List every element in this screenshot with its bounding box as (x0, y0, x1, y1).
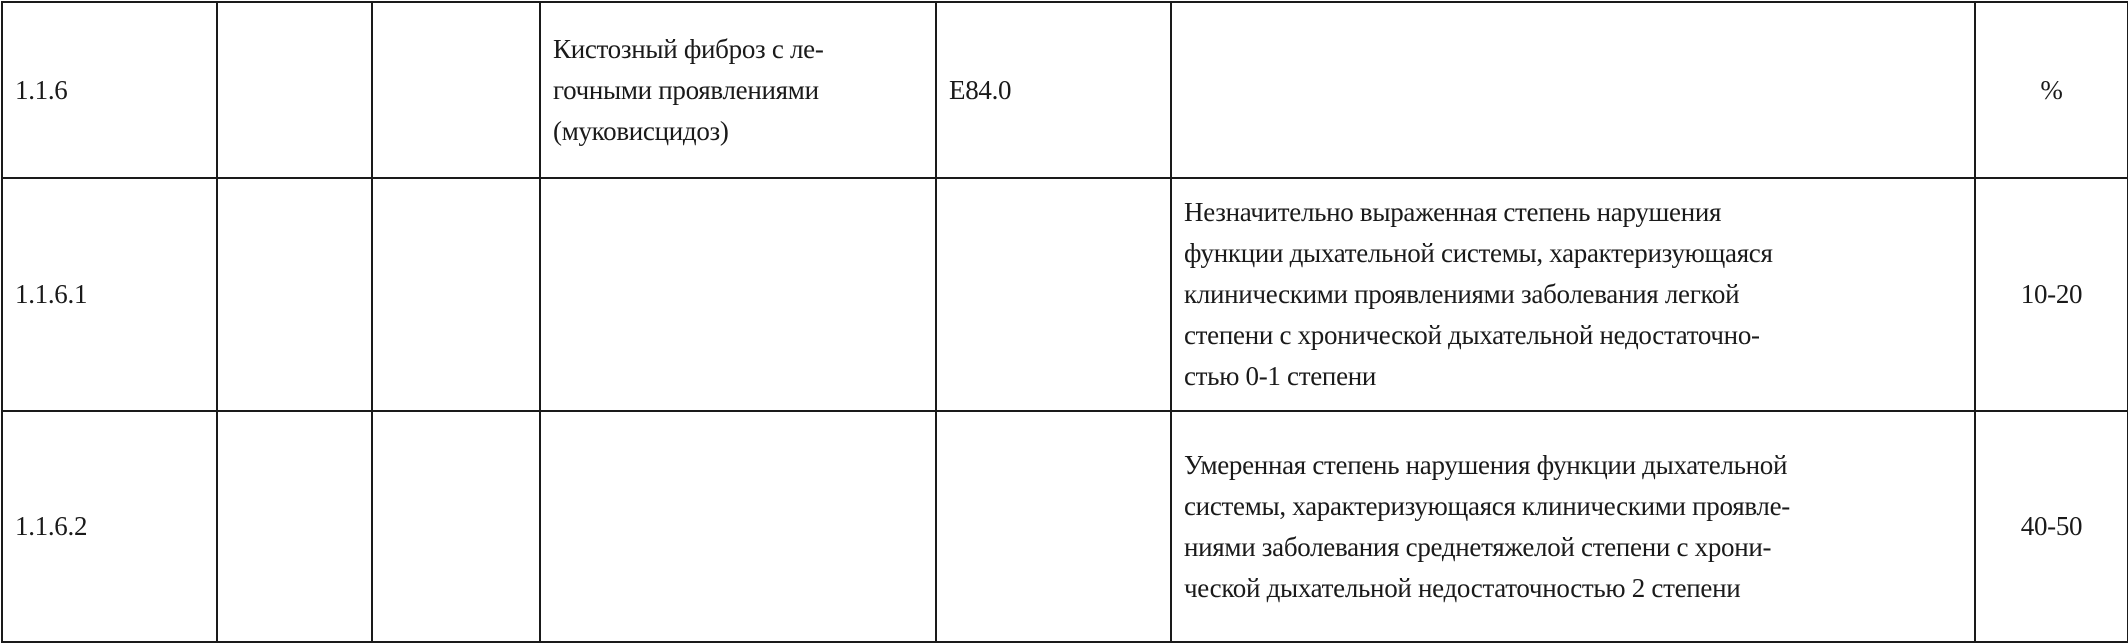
disease-name-cell: Кистозный фиброз с ле- гочными проявлени… (540, 2, 936, 178)
description-line: системы, характеризующаяся клиническими … (1184, 486, 1962, 527)
disease-line: гочными проявлениями (553, 70, 923, 111)
disease-name-cell (540, 411, 936, 642)
table-row: 1.1.6.1 Незначительно выраженная степень… (2, 178, 2128, 411)
description-cell (1171, 2, 1975, 178)
empty-cell (372, 411, 540, 642)
description-cell: Незначительно выраженная степень нарушен… (1171, 178, 1975, 411)
empty-cell (372, 178, 540, 411)
icd-code-cell: E84.0 (936, 2, 1171, 178)
percent-cell: 40-50 (1975, 411, 2128, 642)
description-line: ниями заболевания среднетяжелой степени … (1184, 527, 1962, 568)
description-line: степени с хронической дыхательной недост… (1184, 315, 1962, 356)
description-line: функции дыхательной системы, характеризу… (1184, 233, 1962, 274)
empty-cell (217, 178, 372, 411)
disease-name-cell (540, 178, 936, 411)
classification-table: 1.1.6 Кистозный фиброз с ле- гочными про… (1, 1, 2128, 643)
empty-cell (217, 2, 372, 178)
percent-cell: 10-20 (1975, 178, 2128, 411)
table-row: 1.1.6 Кистозный фиброз с ле- гочными про… (2, 2, 2128, 178)
code-cell: 1.1.6 (2, 2, 217, 178)
description-line: стью 0-1 степени (1184, 356, 1962, 397)
percent-cell: % (1975, 2, 2128, 178)
table-row: 1.1.6.2 Умеренная степень нарушения функ… (2, 411, 2128, 642)
disease-line: (муковисцидоз) (553, 111, 923, 152)
code-cell: 1.1.6.1 (2, 178, 217, 411)
description-line: Умеренная степень нарушения функции дыха… (1184, 445, 1962, 486)
code-cell: 1.1.6.2 (2, 411, 217, 642)
description-cell: Умеренная степень нарушения функции дыха… (1171, 411, 1975, 642)
description-line: Незначительно выраженная степень нарушен… (1184, 192, 1962, 233)
disease-line: Кистозный фиброз с ле- (553, 29, 923, 70)
icd-code-cell (936, 411, 1171, 642)
icd-code-cell (936, 178, 1171, 411)
description-line: ческой дыхательной недостаточностью 2 ст… (1184, 568, 1962, 609)
empty-cell (217, 411, 372, 642)
empty-cell (372, 2, 540, 178)
description-line: клиническими проявлениями заболевания ле… (1184, 274, 1962, 315)
